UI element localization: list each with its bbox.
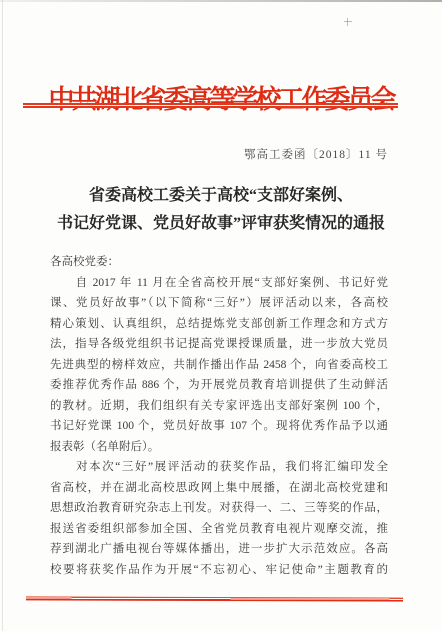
body-line: 荐到湖北广播电视台等媒体播出，进一步扩大示范效应。各高 [50, 539, 388, 560]
registration-mark-icon [344, 18, 352, 26]
doc-title-line-1: 省委高校工委关于高校“支部好案例、 [0, 182, 442, 210]
body-paragraphs: 自 2017 年 11 月在全省高校开展“支部好案例、书记好党课、党员好故事”（… [50, 273, 388, 581]
document-page: 中共湖北省委高等学校工作委员会 鄂高工委函〔2018〕11 号 省委高校工委关于… [0, 0, 442, 631]
body-line: 报送省委组织部参加全国、全省党员教育电视片观摩交流，推 [50, 519, 388, 540]
body-line: 书记好党课 100 个，党员好故事 107 个。现将优秀作品予以通 [50, 416, 388, 437]
letterhead-divider [23, 103, 398, 108]
body-line: 自 2017 年 11 月在全省高校开展“支部好案例、书记好党 [50, 273, 388, 294]
scan-edge-top [0, 0, 442, 2]
body-line: 先进典型的榜样效应，共制作播出作品 2458 个，向省委高校工 [50, 355, 388, 376]
doc-body: 各高校党委： 自 2017 年 11 月在全省高校开展“支部好案例、书记好党课、… [50, 252, 388, 580]
doc-title-line-2: 书记好党课、党员好故事”评审获奖情况的通报 [0, 210, 442, 238]
body-line: 对本次“三好”展评活动的获奖作品，我们将汇编印发全 [50, 457, 388, 478]
body-line: 省高校，并在湖北高校思政网上集中展播，在湖北高校党建和 [50, 478, 388, 499]
doc-number: 鄂高工委函〔2018〕11 号 [244, 146, 388, 162]
body-line: 的教材。近期，我们组织有关专家评选出支部好案例 100 个， [50, 396, 388, 417]
body-line: 精心策划、认真组织，总结提炼党支部创新工作理念和方式方 [50, 314, 388, 335]
body-line: 报表彰（名单附后）。 [50, 437, 388, 458]
body-line: 委推荐优秀作品 886 个，为开展党员教育培训提供了生动鲜活 [50, 375, 388, 396]
doc-title: 省委高校工委关于高校“支部好案例、 书记好党课、党员好故事”评审获奖情况的通报 [0, 182, 442, 238]
body-line: 课、党员好故事”（以下简称“三好”）展评活动以来，各高校 [50, 293, 388, 314]
body-line: 思想政治教育研究杂志上刊发。对获得一、二、三等奖的作品， [50, 498, 388, 519]
body-line: 校要将获奖作品作为开展“不忘初心、牢记使命”主题教育的 [50, 560, 388, 581]
body-line: 法，指导各级党组织书记提高党课授课质量，进一步放大党员 [50, 334, 388, 355]
footer-divider [26, 596, 403, 601]
salutation: 各高校党委： [50, 252, 388, 273]
letterhead-org-name: 中共湖北省委高等学校工作委员会 [0, 79, 442, 116]
